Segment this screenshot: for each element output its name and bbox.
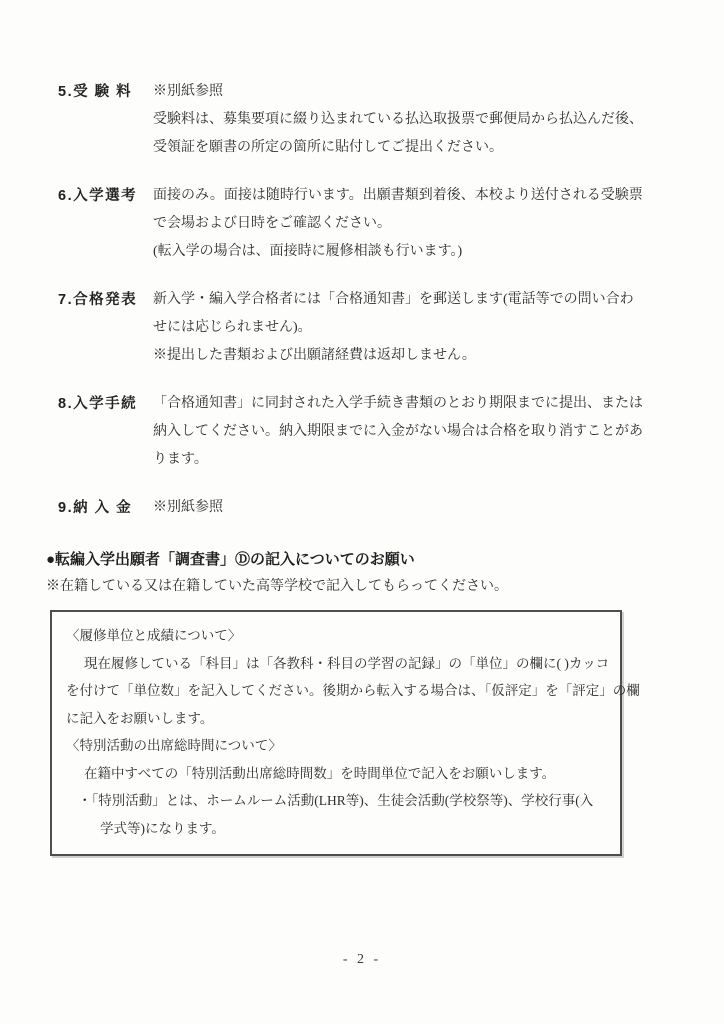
box-subheading-units: 〈履修単位と成績について〉: [66, 622, 606, 650]
section-payment-body: ※別紙参照: [153, 494, 668, 522]
section-exam-fee-body: ※別紙参照 受験料は、募集要項に綴り込まれている払込取扱票で郵便局から払込んだ後…: [153, 78, 668, 162]
section-selection-body: 面接のみ。面接は随時行います。出願書類到着後、本校より送付される受験票 で会場お…: [153, 182, 668, 266]
chosasho-request-heading: ●転編入学出願者「調査書」Ⓓの記入についてのお願い: [46, 548, 668, 572]
box-line: を付けて「単位数」を記入してください。後期から転入する場合は、「仮評定」を「評定…: [66, 677, 606, 705]
page-number: - 2 -: [0, 952, 724, 968]
section-exam-fee: 5.受 験 料 ※別紙参照 受験料は、募集要項に綴り込まれている払込取扱票で郵便…: [58, 78, 668, 162]
body-line: 納入してください。納入期限までに入金がない場合は合格を取り消すことがあ: [153, 418, 668, 446]
section-selection-title: 6.入学選考: [58, 182, 153, 210]
section-results-body: 新入学・編入学合格者には「合格通知書」を郵送します(電話等での問い合わ せには応…: [153, 286, 668, 370]
box-bullet-line: ・「特別活動」とは、ホームルーム活動(LHR等)、生徒会活動(学校祭等)、学校行…: [66, 787, 606, 815]
box-subheading-activities: 〈特別活動の出席総時間について〉: [66, 732, 606, 760]
section-payment: 9.納 入 金 ※別紙参照: [58, 494, 668, 522]
reference-note: ※別紙参照: [153, 78, 668, 106]
body-line: ります。: [153, 446, 668, 474]
body-line: 「合格通知書」に同封された入学手続き書類のとおり期限までに提出、または: [153, 390, 668, 418]
box-line: 在籍中すべての「特別活動出席総時間数」を時間単位で記入をお願いします。: [66, 760, 606, 788]
reference-note: ※別紙参照: [153, 494, 668, 522]
body-line: (転入学の場合は、面接時に履修相談も行います。): [153, 238, 668, 266]
section-selection: 6.入学選考 面接のみ。面接は随時行います。出願書類到着後、本校より送付される受…: [58, 182, 668, 266]
chosasho-request-subline: ※在籍している又は在籍していた高等学校で記入してもらってください。: [46, 574, 668, 600]
section-results: 7.合格発表 新入学・編入学合格者には「合格通知書」を郵送します(電話等での問い…: [58, 286, 668, 370]
body-line: 受験料は、募集要項に綴り込まれている払込取扱票で郵便局から払込んだ後、: [153, 106, 668, 134]
body-line: で会場および日時をご確認ください。: [153, 210, 668, 238]
section-procedures-title: 8.入学手続: [58, 390, 153, 418]
body-line: ※提出した書類および出願諸経費は返却しません。: [153, 342, 668, 370]
section-procedures-body: 「合格通知書」に同封された入学手続き書類のとおり期限までに提出、または 納入して…: [153, 390, 668, 474]
section-payment-title: 9.納 入 金: [58, 494, 153, 522]
explanation-box: 〈履修単位と成績について〉 現在履修している「科目」は「各教科・科目の学習の記録…: [50, 610, 622, 856]
section-exam-fee-title: 5.受 験 料: [58, 78, 153, 106]
document-page: 5.受 験 料 ※別紙参照 受験料は、募集要項に綴り込まれている払込取扱票で郵便…: [0, 0, 724, 1024]
body-line: せには応じられません)。: [153, 314, 668, 342]
section-results-title: 7.合格発表: [58, 286, 153, 314]
box-bullet-continuation: 学式等)になります。: [66, 815, 606, 843]
body-line: 新入学・編入学合格者には「合格通知書」を郵送します(電話等での問い合わ: [153, 286, 668, 314]
box-line: 現在履修している「科目」は「各教科・科目の学習の記録」の「単位」の欄に( )カッ…: [66, 650, 606, 678]
body-line: 受領証を願書の所定の箇所に貼付してご提出ください。: [153, 134, 668, 162]
body-line: 面接のみ。面接は随時行います。出願書類到着後、本校より送付される受験票: [153, 182, 668, 210]
chosasho-request-block: ●転編入学出願者「調査書」Ⓓの記入についてのお願い ※在籍している又は在籍してい…: [46, 548, 668, 600]
section-procedures: 8.入学手続 「合格通知書」に同封された入学手続き書類のとおり期限までに提出、ま…: [58, 390, 668, 474]
box-line: に記入をお願いします。: [66, 705, 606, 733]
